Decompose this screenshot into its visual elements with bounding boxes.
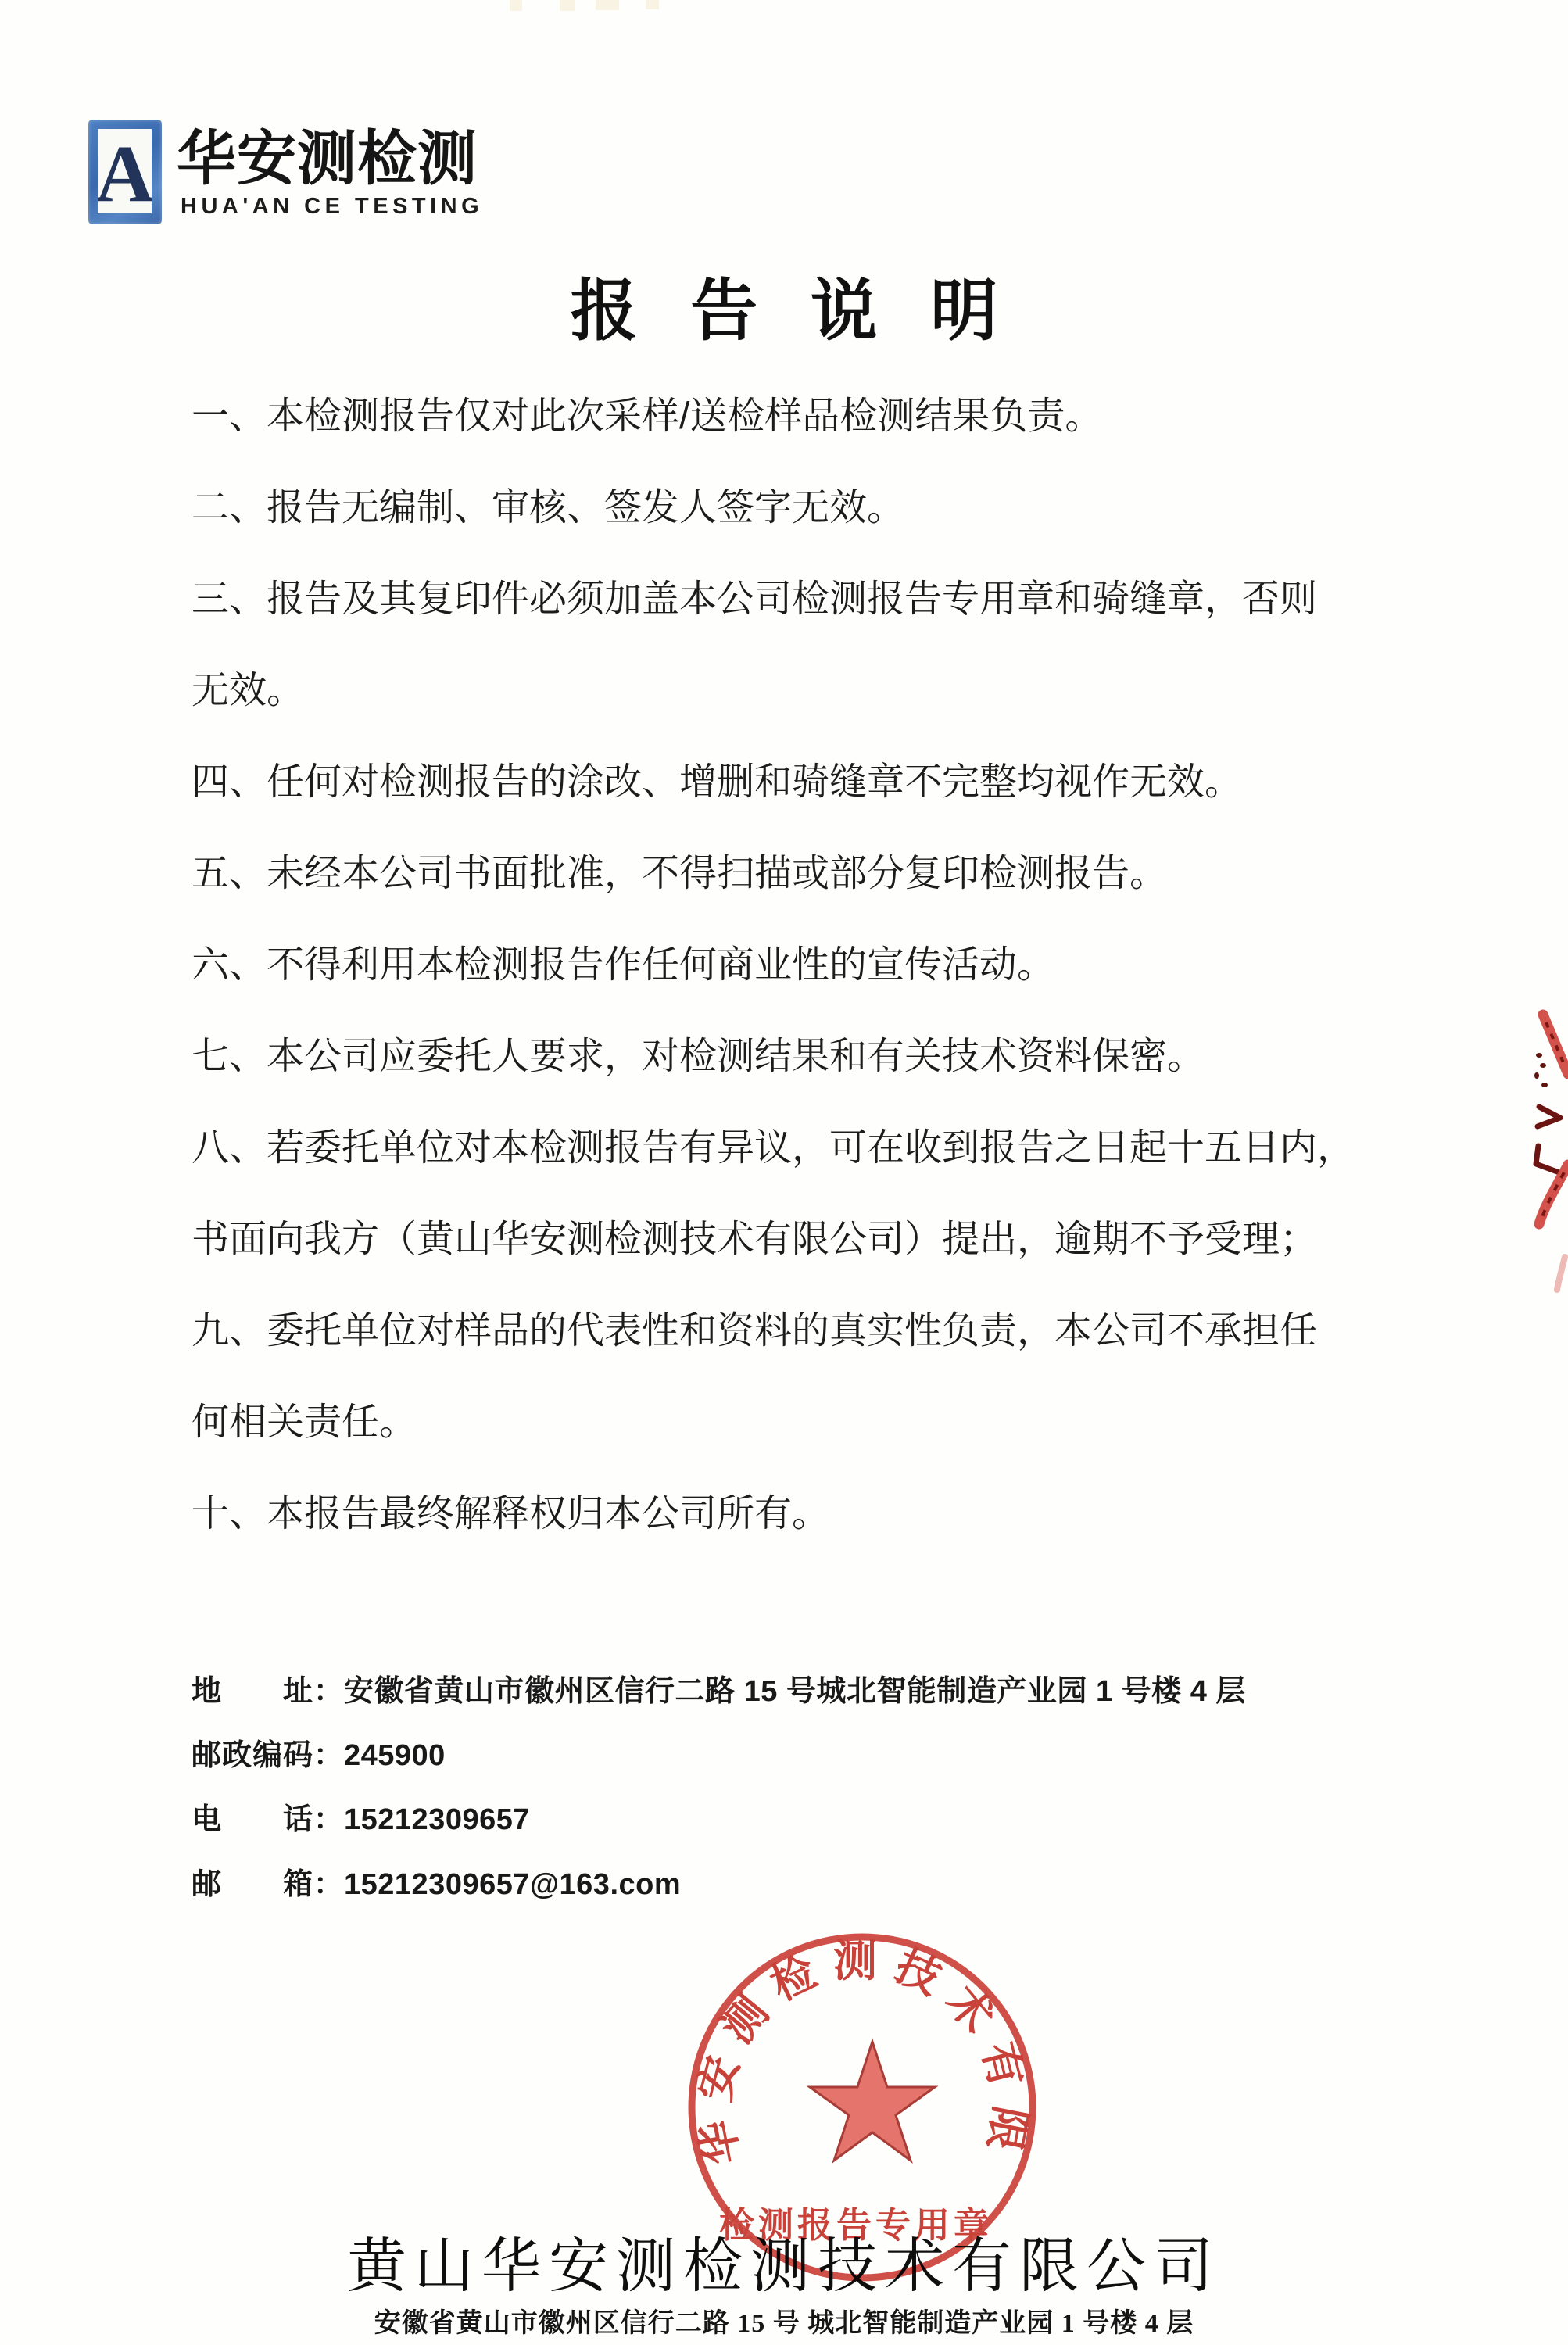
phone-value: 15212309657 [344,1803,530,1836]
scan-artifact [560,0,575,11]
postcode-label: 邮政编码： [192,1739,344,1772]
brand-name-chinese: 华安测检测 [177,124,724,195]
report-notes-page: A 华安测检测 HUA'AN CE TESTING 报 告 说 明 一、本检测报… [0,0,1568,2345]
note-line-10: 十、本报告最终解释权归本公司所有。 [192,1468,1442,1559]
contact-phone-row: 电 话：15212309657 [192,1799,530,1840]
note-line-9: 九、委托单位对样品的代表性和资料的真实性负责，本公司不承担任 [192,1285,1442,1377]
address-label: 地 址： [192,1675,344,1708]
note-line-8: 八、若委托单位对本检测报告有异议，可在收到报告之日起十五日内， [192,1102,1442,1194]
address-value: 安徽省黄山市徽州区信行二路 15 号城北智能制造产业园 1 号楼 4 层 [344,1675,1246,1708]
note-line-3b: 无效。 [192,645,1442,736]
scan-artifact [596,0,619,10]
phone-label: 电 话： [192,1803,344,1836]
note-line-8b: 书面向我方（黄山华安测检测技术有限公司）提出，逾期不予受理； [192,1194,1442,1285]
note-line-9b: 何相关责任。 [192,1377,1442,1468]
company-seal-stamp: 黄山华安测检测技术有限公司 检测报告专用章 [671,1914,1065,2293]
contact-address-row: 地 址：安徽省黄山市徽州区信行二路 15 号城北智能制造产业园 1 号楼 4 层 [192,1671,1246,1712]
note-line-1: 一、本检测报告仅对此次采样/送检样品检测结果负责。 [192,371,1442,462]
contact-email-row: 邮 箱：15212309657@163.com [192,1864,681,1905]
note-line-5: 五、未经本公司书面批准，不得扫描或部分复印检测报告。 [192,828,1442,919]
scan-artifact [646,0,659,9]
note-line-2: 二、报告无编制、审核、签发人签字无效。 [192,462,1442,553]
note-line-6: 六、不得利用本检测报告作任何商业性的宣传活动。 [192,919,1442,1011]
logo-monogram-letter: A [98,135,152,213]
seal-bottom-text: 检测报告专用章 [719,2205,993,2245]
note-line-3: 三、报告及其复印件必须加盖本公司检测报告专用章和骑缝章，否则 [192,553,1442,645]
postcode-value: 245900 [344,1739,446,1772]
email-value: 15212309657@163.com [344,1868,681,1901]
company-logo-icon: A [88,120,162,224]
brand-name-english: HUA'AN CE TESTING [181,194,728,220]
notes-list: 一、本检测报告仅对此次采样/送检样品检测结果负责。 二、报告无编制、审核、签发人… [192,371,1442,1559]
page-title: 报 告 说 明 [0,256,1568,353]
email-label: 邮 箱： [192,1868,344,1901]
note-line-7: 七、本公司应委托人要求，对检测结果和有关技术资料保密。 [192,1011,1442,1102]
note-line-4: 四、任何对检测报告的涂改、增删和骑缝章不完整均视作无效。 [192,736,1442,828]
contact-postcode-row: 邮政编码：245900 [192,1735,446,1776]
logo-monogram-frame: A [98,129,152,213]
edge-riding-seal-fragment [1526,999,1568,1319]
seal-star [810,2042,935,2161]
scan-artifact [510,0,522,11]
footer-company-address: 安徽省黄山市徽州区信行二路 15 号 城北智能制造产业园 1 号楼 4 层 [0,2301,1568,2340]
